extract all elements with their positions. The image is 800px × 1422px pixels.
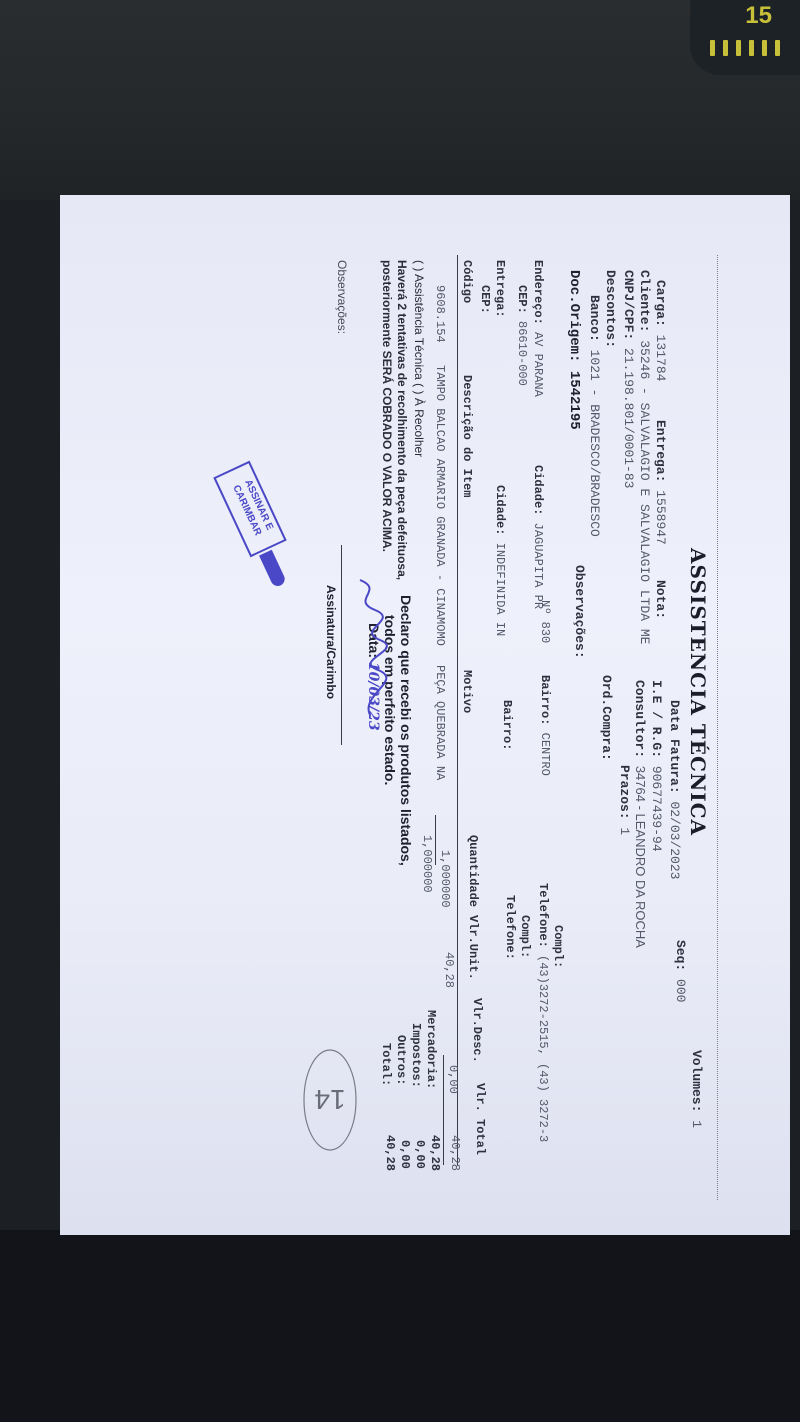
total-value: 40,28 <box>383 1135 397 1171</box>
compl-field: Compl: <box>551 925 565 968</box>
prazos-field: Prazos: 1 <box>617 765 632 835</box>
item-motivo: PEÇA QUEBRADA NA <box>433 665 447 780</box>
entrega-cep-field: CEP: <box>478 285 492 314</box>
stamp-tip-icon <box>259 550 287 589</box>
col-motivo: Motivo <box>460 670 474 713</box>
entrega-number-field: Entrega: 1558947 <box>653 420 668 545</box>
entrega-cidade-field: Cidade: INDEFINIDA IN <box>493 485 507 636</box>
cep-field: CEP: 86610-000 <box>515 285 529 386</box>
notice-line-1: Haverá 2 tentativas de recolhimento da p… <box>395 260 409 580</box>
notice-line-2: posteriormente SERÁ COBRADO O VALOR ACIM… <box>380 260 394 552</box>
qty-rule <box>435 815 436 865</box>
svg-text:14: 14 <box>314 1084 345 1115</box>
outros-label: Outros: <box>394 1035 408 1085</box>
mercadoria-value: 40,28 <box>428 1135 442 1171</box>
numero-field: Nº 830 <box>538 600 552 643</box>
total-label: Total: <box>379 1043 393 1086</box>
ord-compra-field: Ord.Compra: <box>599 675 614 761</box>
footer-observacoes: Observações: <box>335 260 349 334</box>
sign-stamp: ASSINAR E CARIMBAR <box>213 461 286 558</box>
volumes-field: Volumes: 1 <box>689 1050 704 1128</box>
cidade-field: Cidade: JAGUAPITA PR <box>531 465 545 609</box>
ie-rg-field: I.E / R.G: 90677439-94 <box>649 680 664 852</box>
entrega-compl-field: Compl: <box>518 915 532 958</box>
observacoes-header-field: Observações: <box>572 565 587 659</box>
telefone-field: Telefone: (43)3272-2515, (43) 3272-3 <box>536 883 550 1142</box>
cnpj-cpf-field: CNPJ/CPF: 21.198.801/0001-83 <box>621 270 636 488</box>
col-descricao: Descrição do Item <box>460 375 474 497</box>
mercadoria-total: Mercadoria: <box>424 1010 438 1089</box>
total-rule <box>443 1055 444 1165</box>
endereco-field: Endereço: AV PARANA <box>531 260 545 397</box>
item-vlr-desc: 0,00 <box>446 1065 460 1094</box>
entrega-telefone-field: Telefone: <box>503 895 517 960</box>
col-vlr-total: Vlr. Total <box>473 1083 487 1155</box>
item-descricao: TAMPO BALCAO ARMARIO GRANADA - CINAMOMO <box>433 365 447 646</box>
declaration-line-1: Declaro que recebi os produtos listados, <box>398 595 414 866</box>
dial-number: 15 <box>745 2 772 30</box>
nota-field: Nota: <box>653 580 668 619</box>
background-fabric-top <box>0 0 800 200</box>
banco-field: Banco: 1021 - BRADESCO/BRADESCO <box>587 295 602 537</box>
carga-field: Carga: 131784 <box>653 280 668 381</box>
table-header-rule <box>457 255 458 1165</box>
impostos-label: Impostos: <box>409 1023 423 1088</box>
col-vlr-unit: Vlr.Unit. <box>466 915 480 980</box>
document-title: ASSISTENCIA TÉCNICA <box>686 548 710 836</box>
technical-assistance-document: ASSISTENCIA TÉCNICA Carga: 131784 Entreg… <box>60 195 790 1235</box>
item-codigo: 9608.154 <box>433 285 447 343</box>
impostos-value: 0,00 <box>413 1140 427 1169</box>
cliente-field: Cliente: 35246 - SALVALAGIO E SALVALAGIO… <box>637 270 652 644</box>
doc-origem-field: Doc.Origem: 1542195 <box>566 270 582 430</box>
item-quantidade: 1,000000 <box>438 850 452 908</box>
signature-label: Assinatura/Carimbo <box>324 585 338 699</box>
descontos-field: Descontos: <box>603 270 618 348</box>
circled-handwritten-number: 14 <box>300 1045 360 1155</box>
signature-line <box>341 545 342 745</box>
background-fabric-bottom <box>0 1230 800 1422</box>
outros-value: 0,00 <box>398 1140 412 1169</box>
dial-ticks <box>710 40 800 62</box>
col-quantidade: Quantidade <box>466 835 480 907</box>
item-vlr-unit: 40,28 <box>442 952 456 988</box>
dial-gauge: 15 <box>690 0 800 75</box>
bairro-field: Bairro: CENTRO <box>538 675 552 776</box>
data-fatura-field: Data Fatura: 02/03/2023 <box>667 700 682 879</box>
seq-field: Seq: 000 <box>673 940 688 1002</box>
col-vlr-desc: Vlr.Desc. <box>470 998 484 1063</box>
service-type-options[interactable]: ( ) Assistência Técnica ( ) À Recolher <box>412 260 426 457</box>
entrega-field: Entrega: <box>493 260 507 318</box>
dotted-border <box>717 255 718 1200</box>
handwritten-signature <box>350 575 390 725</box>
entrega-bairro-field: Bairro: <box>500 700 514 750</box>
consultor-field: Consultor: 34764 - LEANDRO DA ROCHA <box>632 680 648 948</box>
item-vlr-total: 40,28 <box>448 1135 462 1171</box>
total-quantidade: 1,000000 <box>420 835 434 893</box>
col-codigo: Código <box>460 260 474 303</box>
